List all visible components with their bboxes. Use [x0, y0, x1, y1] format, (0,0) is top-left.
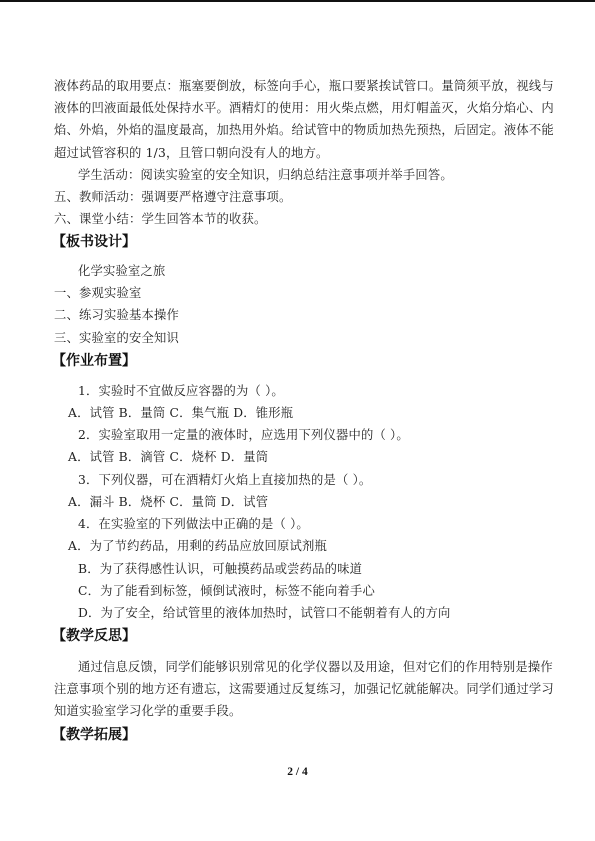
step-five: 五、教师活动：强调要严格遵守注意事项。: [54, 189, 291, 205]
board-design-item: 三、实验室的安全知识: [54, 330, 179, 346]
question-option: A．为了节约药品，用剩的药品应放回原试剂瓶: [68, 538, 327, 554]
board-design-item: 一、参观实验室: [54, 285, 141, 301]
body-text-line: 焰、外焰，外焰的温度最高，加热用外焰。给试管中的物质加热先预热，后固定。液体不能: [54, 122, 554, 138]
homework-heading: 【作业布置】: [52, 352, 136, 370]
question-options: A．漏斗 B．烧杯 C．量筒 D．试管: [68, 494, 268, 510]
page-number: 2 / 4: [0, 766, 595, 778]
reflection-text-line: 知道实验室学习化学的重要手段。: [54, 703, 241, 719]
question: 2．实验室取用一定量的液体时，应选用下列仪器中的（ ）。: [78, 427, 409, 443]
board-design-heading: 【板书设计】: [52, 233, 136, 251]
question: 3．下列仪器，可在酒精灯火焰上直接加热的是（ ）。: [78, 472, 371, 488]
reflection-heading: 【教学反思】: [52, 627, 136, 645]
body-text-line: 液体药品的取用要点：瓶塞要倒放，标签向手心，瓶口要紧挨试管口。量筒须平放，视线与: [54, 78, 554, 94]
body-text-line: 液体的凹液面最低处保持水平。酒精灯的使用：用火柴点燃，用灯帽盖灭，火焰分焰心、内: [54, 100, 554, 116]
question: 4．在实验室的下列做法中正确的是（ ）。: [78, 516, 309, 532]
extension-heading: 【教学拓展】: [52, 726, 136, 744]
header-rule: [0, 0, 595, 2]
question: 1．实验时不宜做反应容器的为（ ）。: [78, 383, 284, 399]
question-option: D．为了安全，给试管里的液体加热时，试管口不能朝着有人的方向: [78, 605, 450, 621]
question-options: A．试管 B．滴管 C．烧杯 D．量筒: [68, 449, 268, 465]
reflection-text-line: 通过信息反馈，同学们能够识别常见的化学仪器以及用途，但对它们的作用特别是操作: [78, 659, 553, 675]
question-option: C．为了能看到标签，倾倒试液时，标签不能向着手心: [78, 583, 375, 599]
question-option: B．为了获得感性认识，可触摸药品或尝药品的味道: [78, 561, 362, 577]
question-options: A．试管 B．量筒 C．集气瓶 D．锥形瓶: [68, 405, 293, 421]
reflection-text-line: 注意事项个别的地方还有遗忘，这需要通过反复练习，加强记忆就能解决。同学们通过学习: [54, 681, 554, 697]
step-six: 六、课堂小结：学生回答本节的收获。: [54, 211, 266, 227]
board-design-item: 二、练习实验基本操作: [54, 307, 179, 323]
body-text-line: 超过试管容积的 1/3，且管口朝向没有人的地方。: [54, 145, 328, 161]
board-design-title: 化学实验室之旅: [78, 263, 165, 279]
student-activity: 学生活动：阅读实验室的安全知识，归纳总结注意事项并举手回答。: [78, 167, 453, 183]
